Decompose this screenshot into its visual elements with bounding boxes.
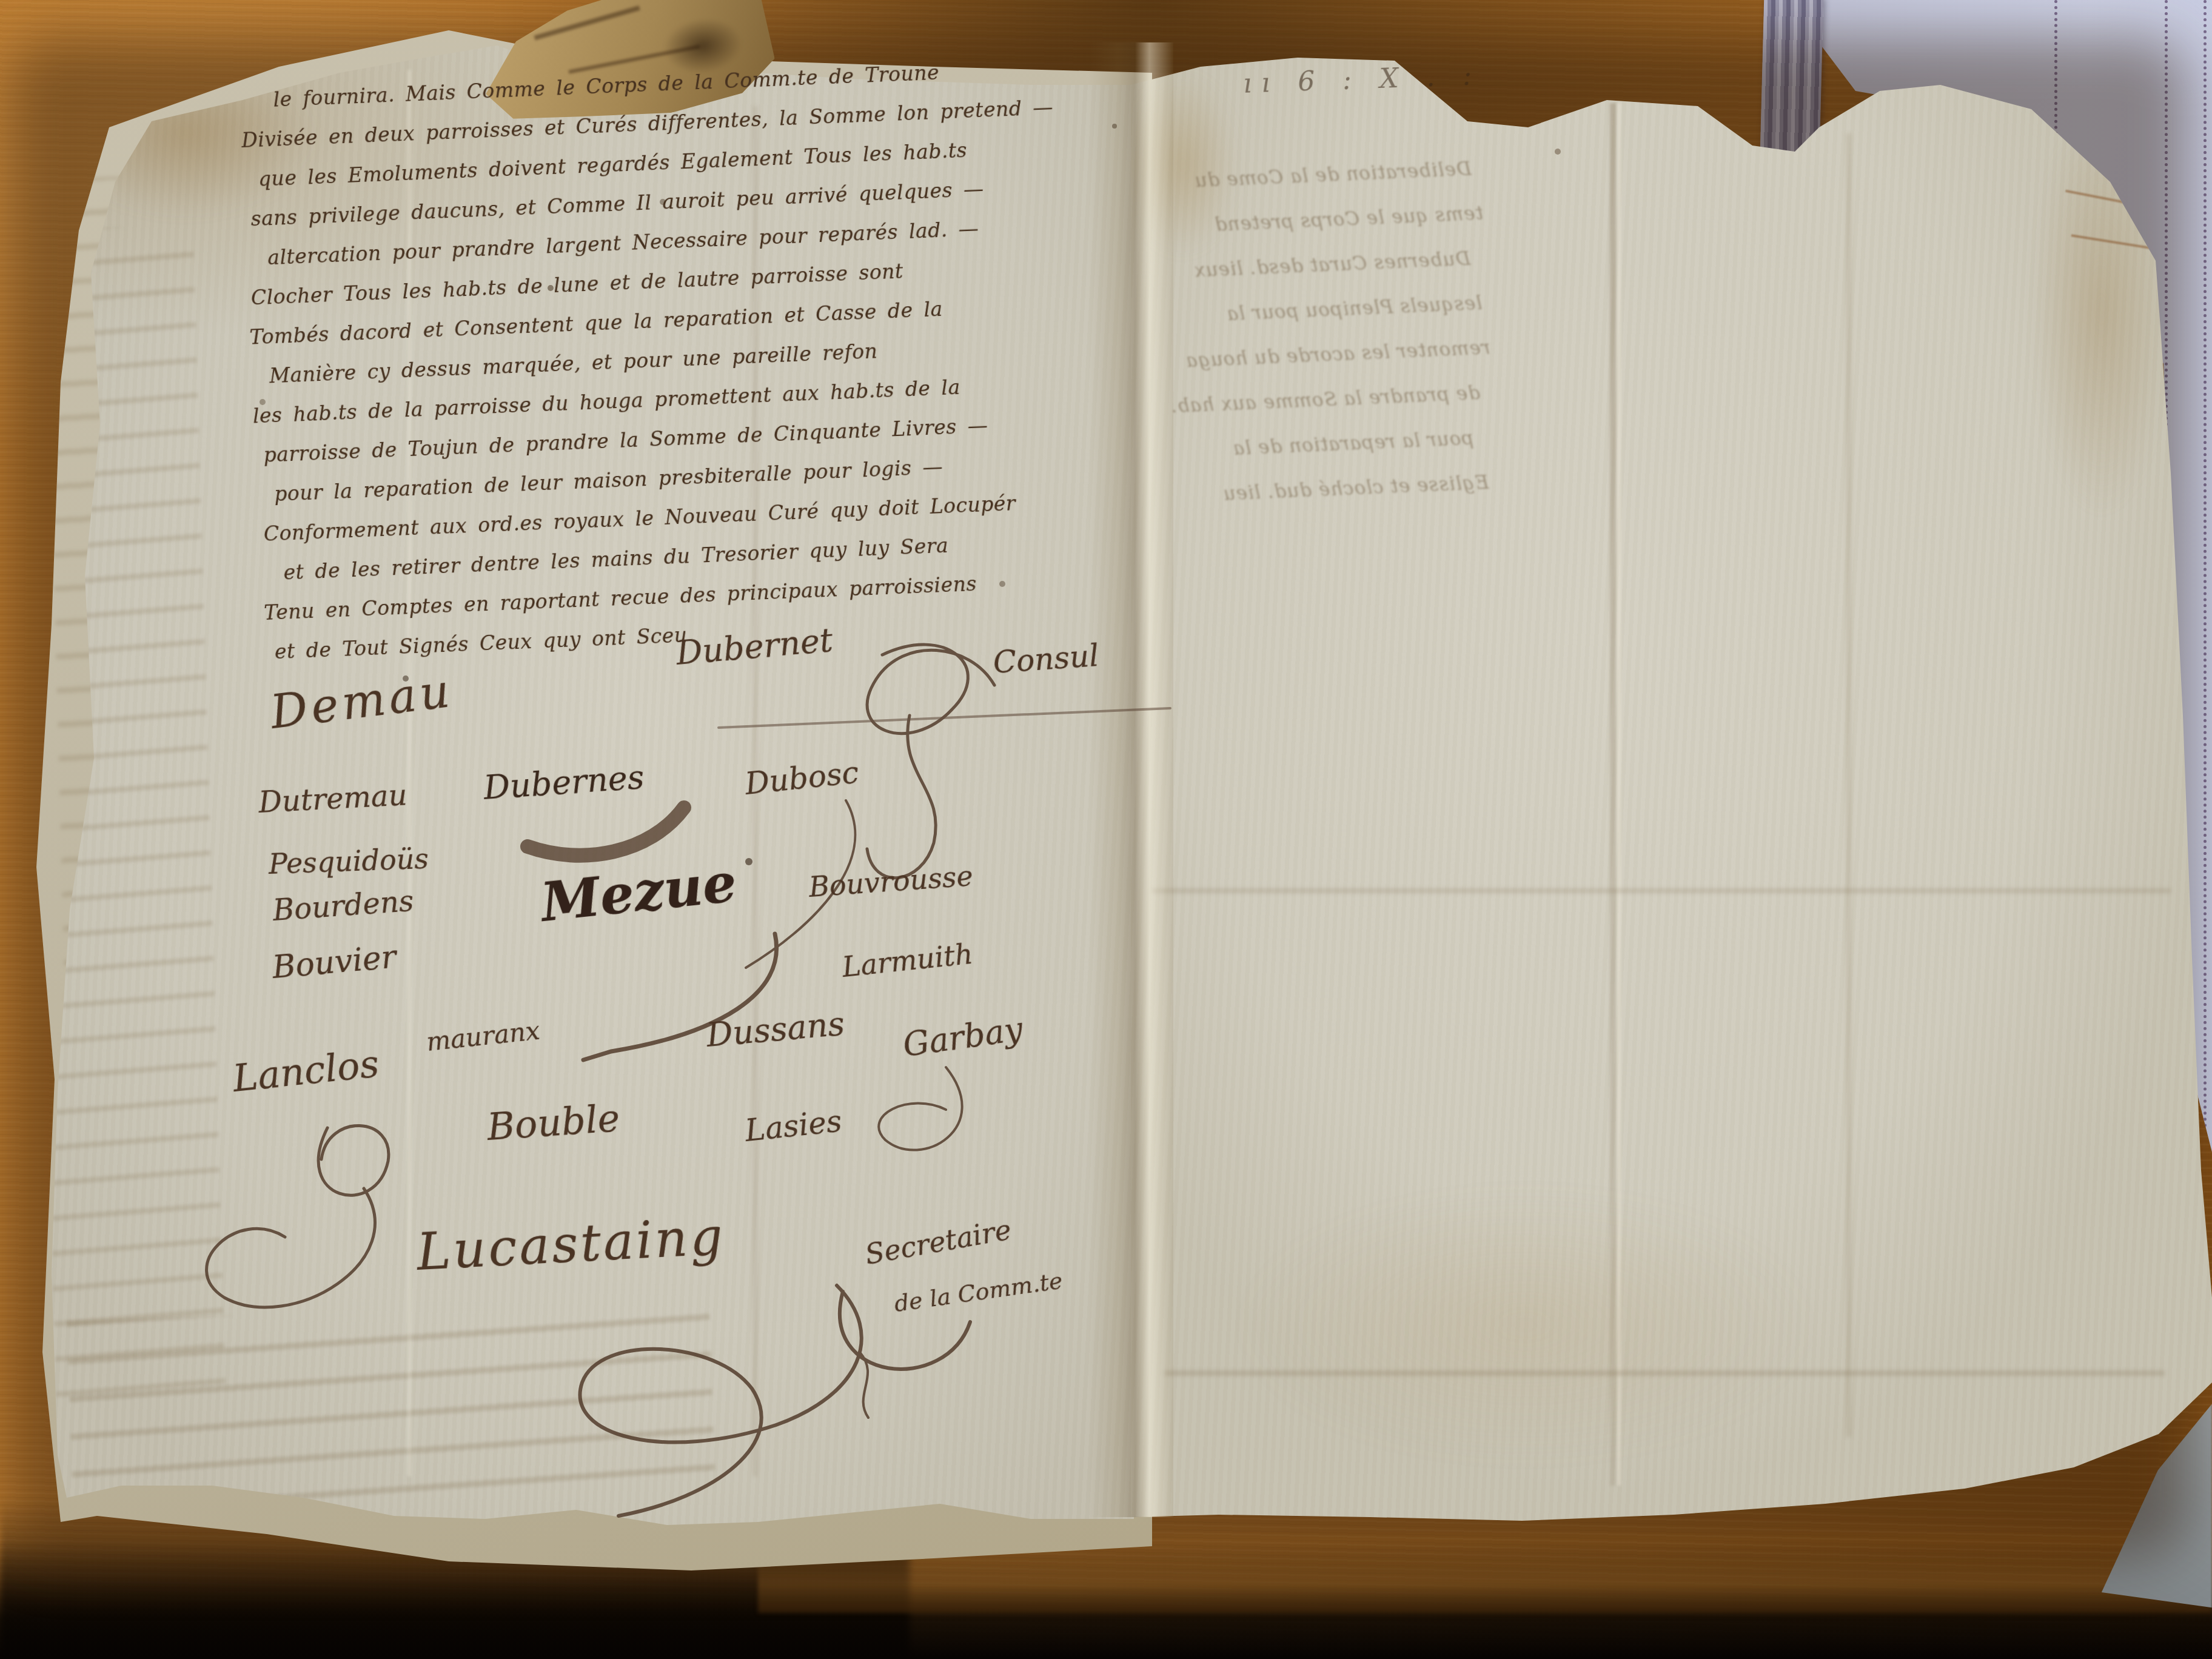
signature-dubosc: Dubosc — [743, 755, 860, 802]
signature-bouvier: Bouvier — [271, 939, 398, 986]
signature-dussans: Dussans — [705, 1004, 846, 1054]
signature-bouble: Bouble — [486, 1096, 622, 1149]
signature-demau: Demau — [267, 663, 456, 739]
signature-secretaire-title-2: de la Comm.te — [893, 1267, 1064, 1317]
signature-lasies: Lasies — [743, 1104, 843, 1148]
signature-bouvrousse: Bouvrousse — [808, 859, 974, 903]
signature-lanclos: Lanclos — [230, 1041, 381, 1101]
signature-block: Dubernet Consul Demau Dutremau Dubernes … — [0, 0, 2212, 1659]
signature-consul-title: Consul — [992, 638, 1100, 680]
signature-larmuith: Larmuith — [840, 937, 974, 984]
signature-garbay: Garbay — [900, 1010, 1025, 1064]
signature-dubernet: Dubernet — [675, 621, 834, 672]
signature-dubernes: Dubernes — [483, 758, 646, 807]
ink-specks — [0, 0, 4, 4]
signature-secretaire-title: Secretaire — [863, 1213, 1014, 1271]
signature-mezue: Mezue — [538, 851, 739, 934]
signature-dutremau: Dutremau — [258, 778, 408, 820]
signature-mauranx: mauranx — [425, 1016, 541, 1057]
photo-of-manuscript-on-desk: Deliberation de la Come du tems que le C… — [0, 0, 2212, 1659]
signature-bourdens: Bourdens — [272, 884, 415, 928]
signature-pesquidous: Pesquidoüs — [268, 842, 429, 880]
signature-lucastaing: Lucastaing — [415, 1207, 726, 1282]
